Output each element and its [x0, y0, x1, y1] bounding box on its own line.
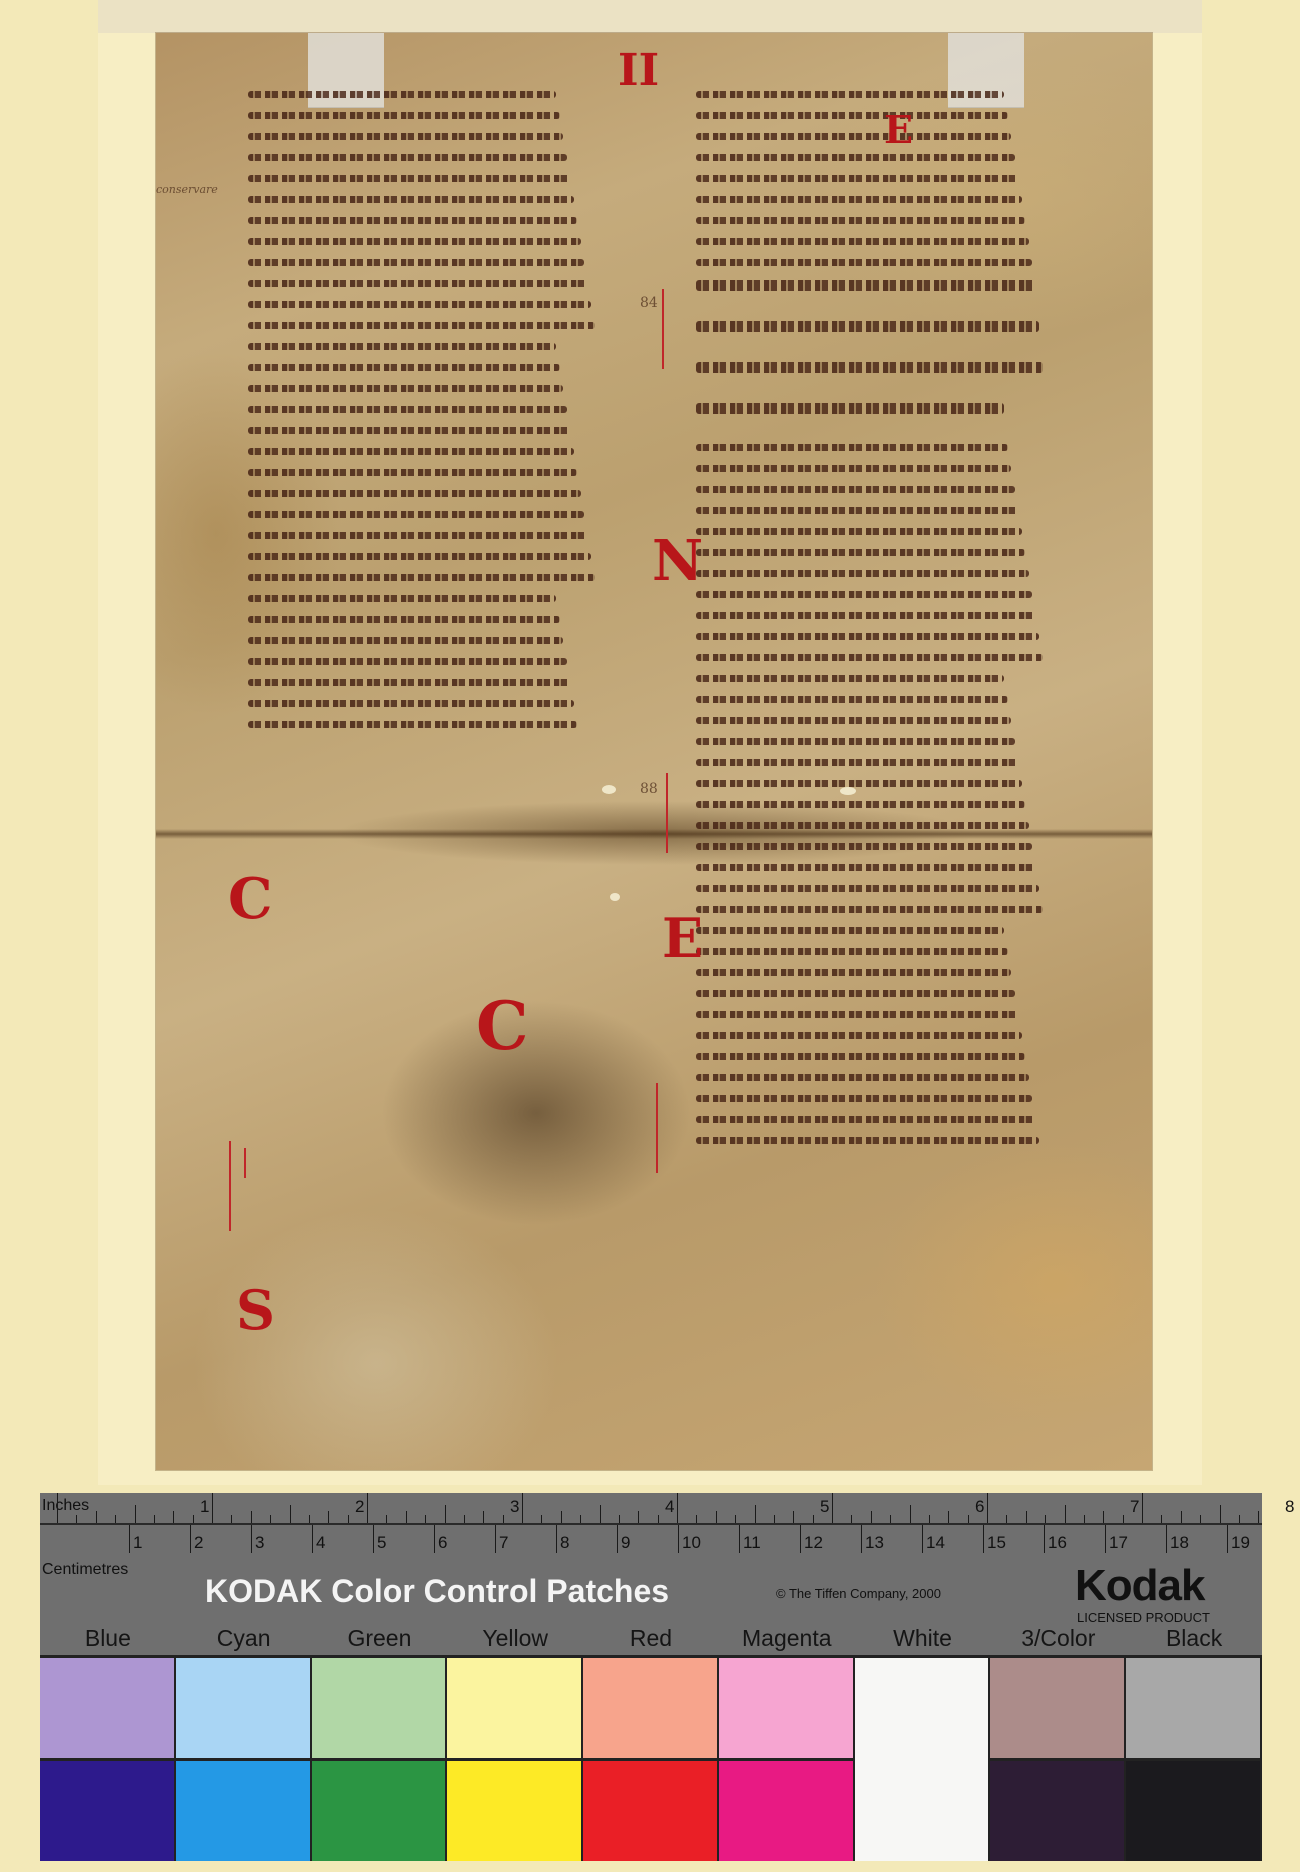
script-line: [696, 885, 1039, 892]
script-line: [696, 906, 1043, 913]
ruler-tick: [871, 1511, 872, 1523]
text-column-right: [696, 91, 1046, 1158]
inch-mark: 8: [1285, 1497, 1294, 1517]
ruler-tick: [522, 1493, 523, 1523]
ruler-tick: [367, 1493, 368, 1523]
kodak-logo: Kodak: [1075, 1561, 1204, 1611]
ruler-tick: [861, 1525, 862, 1553]
cm-mark: 11: [743, 1533, 761, 1553]
script-line: [248, 532, 588, 539]
script-line: [248, 133, 563, 140]
ruler-tick: [658, 1515, 659, 1523]
ruler-tick: [135, 1505, 136, 1523]
kodak-color-chart: Inches 12345678 123456789101112131415161…: [40, 1493, 1262, 1858]
patch-label-green: Green: [312, 1625, 448, 1652]
ruler-tick: [309, 1515, 310, 1523]
script-line: [696, 612, 1036, 619]
copyright-text: © The Tiffen Company, 2000: [776, 1586, 941, 1601]
script-line: [248, 616, 560, 623]
script-line: [248, 343, 556, 350]
licensed-product-text: LICENSED PRODUCT: [1077, 1610, 1210, 1625]
ruler-tick: [948, 1511, 949, 1523]
script-line: [248, 700, 574, 707]
ruler-tick: [328, 1511, 329, 1523]
patch-light-blue: [40, 1658, 176, 1761]
manuscript-leaf: II conservare C C S E N E 84 88: [156, 33, 1152, 1470]
script-line: [696, 1137, 1039, 1144]
ruler-tick: [678, 1525, 679, 1553]
ruler-tick: [638, 1511, 639, 1523]
script-line: [696, 990, 1015, 997]
cm-mark: 12: [804, 1533, 823, 1553]
patch-label-3-color: 3/Color: [990, 1625, 1126, 1652]
ruler-tick: [793, 1511, 794, 1523]
ruler-tick: [968, 1515, 969, 1523]
cm-mark: 13: [865, 1533, 884, 1553]
ruler-tick: [1220, 1505, 1221, 1523]
ruler-tick: [76, 1515, 77, 1523]
ruler-tick: [96, 1511, 97, 1523]
script-line: [248, 322, 595, 329]
ruler-tick: [154, 1515, 155, 1523]
script-line: [696, 1074, 1029, 1081]
ruler-tick: [495, 1525, 496, 1553]
centimetres-label: Centimetres: [42, 1561, 128, 1579]
script-line: [696, 321, 1039, 332]
script-line: [696, 238, 1029, 245]
ruler-tick: [270, 1515, 271, 1523]
ruler-tick: [173, 1511, 174, 1523]
script-line: [248, 238, 581, 245]
ruler-tick: [445, 1505, 446, 1523]
rubric-initial: C: [228, 871, 273, 927]
script-line: [696, 633, 1039, 640]
rubric-initial: N: [652, 533, 703, 589]
script-line: [696, 196, 1022, 203]
ruler-tick: [556, 1525, 557, 1553]
ruler-tick: [600, 1505, 601, 1523]
paragraph-mark: [229, 1141, 231, 1231]
cm-mark: 6: [438, 1533, 447, 1553]
patch-label-magenta: Magenta: [719, 1625, 855, 1652]
script-line: [696, 154, 1015, 161]
script-line: [248, 658, 567, 665]
patch-label-black: Black: [1126, 1625, 1262, 1652]
script-line: [696, 507, 1018, 514]
script-line: [696, 259, 1032, 266]
centimetre-ruler: 12345678910111213141516171819: [40, 1525, 1262, 1557]
script-line: [696, 465, 1011, 472]
ruler-tick: [1105, 1525, 1106, 1553]
patch-light-yellow: [447, 1658, 583, 1761]
cm-mark: 18: [1170, 1533, 1189, 1553]
mounting-board-top-strip: [98, 0, 1202, 33]
script-line: [696, 717, 1011, 724]
ruler-tick: [1045, 1515, 1046, 1523]
script-line: [248, 280, 588, 287]
patch-dark-blue: [40, 1761, 176, 1861]
ruler-tick: [739, 1525, 740, 1553]
ruler-tick: [755, 1505, 756, 1523]
script-line: [248, 427, 570, 434]
margin-note-left: conservare: [156, 183, 218, 196]
script-line: [696, 843, 1032, 850]
ruler-tick: [716, 1511, 717, 1523]
cm-mark: 17: [1109, 1533, 1128, 1553]
ruler-tick: [290, 1505, 291, 1523]
ruler-tick: [312, 1525, 313, 1553]
inch-mark: 1: [200, 1497, 209, 1517]
paragraph-mark: [244, 1148, 246, 1178]
ruler-tick: [129, 1525, 130, 1553]
script-line: [696, 696, 1008, 703]
ruler-tick: [813, 1515, 814, 1523]
script-line: [248, 595, 556, 602]
script-line: [248, 259, 584, 266]
script-line: [696, 1011, 1018, 1018]
cm-mark: 2: [194, 1533, 203, 1553]
ruler-tick: [348, 1515, 349, 1523]
script-line: [248, 406, 567, 413]
script-line: [248, 553, 591, 560]
chart-title: KODAK Color Control Patches: [205, 1573, 669, 1610]
script-line: [696, 112, 1008, 119]
ruler-tick: [57, 1493, 58, 1523]
ruler-tick: [1200, 1515, 1201, 1523]
ruler-tick: [1181, 1511, 1182, 1523]
ruler-tick: [800, 1525, 801, 1553]
ruler-tick: [1026, 1511, 1027, 1523]
ruler-tick: [212, 1493, 213, 1523]
rubric-initial: C: [476, 993, 529, 1059]
ruler-tick: [983, 1525, 984, 1553]
ruler-tick: [1006, 1515, 1007, 1523]
ruler-tick: [1044, 1525, 1045, 1553]
cm-mark: 14: [926, 1533, 945, 1553]
script-line: [696, 759, 1018, 766]
inches-label: Inches: [42, 1497, 89, 1515]
patch-light-white: [855, 1658, 991, 1861]
script-line: [248, 301, 591, 308]
patch-light-cyan: [176, 1658, 312, 1761]
folio-mark: II: [618, 45, 659, 96]
ruler-tick: [251, 1511, 252, 1523]
patch-dark-yellow: [447, 1761, 583, 1861]
ruler-tick: [774, 1515, 775, 1523]
paragraph-mark: [666, 773, 668, 853]
script-line: [696, 801, 1025, 808]
script-line: [248, 385, 563, 392]
script-line: [696, 528, 1022, 535]
parchment-hole: [602, 785, 616, 794]
ruler-tick: [987, 1493, 988, 1523]
ruler-tick: [922, 1525, 923, 1553]
ruler-tick: [929, 1515, 930, 1523]
script-line: [696, 591, 1032, 598]
script-line: [248, 469, 577, 476]
ruler-tick: [735, 1515, 736, 1523]
script-line: [248, 511, 584, 518]
ruler-tick: [1227, 1525, 1228, 1553]
patch-light-black: [1126, 1658, 1262, 1761]
ruler-tick: [832, 1493, 833, 1523]
script-line: [248, 679, 570, 686]
ruler-tick: [1084, 1515, 1085, 1523]
ruler-tick: [406, 1511, 407, 1523]
ruler-tick: [1103, 1511, 1104, 1523]
script-line: [696, 969, 1011, 976]
script-line: [248, 217, 577, 224]
patch-label-blue: Blue: [40, 1625, 176, 1652]
ruler-tick: [1065, 1505, 1066, 1523]
script-line: [696, 675, 1004, 682]
patch-dark-black: [1126, 1761, 1262, 1861]
script-line: [248, 175, 570, 182]
ruler-tick: [1166, 1525, 1167, 1553]
script-line: [248, 91, 556, 98]
script-line: [248, 364, 560, 371]
ruler-tick: [677, 1493, 678, 1523]
ruler-tick: [503, 1515, 504, 1523]
rubric-initial: S: [236, 1283, 275, 1337]
ruler-tick: [1123, 1515, 1124, 1523]
script-line: [248, 490, 581, 497]
ruler-tick: [434, 1525, 435, 1553]
patch-label-cyan: Cyan: [176, 1625, 312, 1652]
script-line: [696, 486, 1015, 493]
ruler-tick: [193, 1515, 194, 1523]
ruler-tick: [231, 1515, 232, 1523]
cm-mark: 5: [377, 1533, 386, 1553]
text-column-left: [248, 91, 598, 742]
patch-dark-magenta: [719, 1761, 855, 1861]
ruler-tick: [580, 1515, 581, 1523]
patch-light-green: [312, 1658, 448, 1761]
script-line: [696, 570, 1029, 577]
ruler-tick: [425, 1515, 426, 1523]
script-line: [696, 780, 1022, 787]
script-line: [696, 822, 1029, 829]
cm-mark: 15: [987, 1533, 1006, 1553]
inch-ruler: Inches 12345678: [40, 1493, 1262, 1525]
patch-label-white: White: [855, 1625, 991, 1652]
color-patches: [40, 1655, 1262, 1861]
ruler-tick: [910, 1505, 911, 1523]
rubric-initial: E: [884, 111, 913, 149]
ruler-tick: [386, 1515, 387, 1523]
script-line: [248, 112, 560, 119]
script-line: [248, 721, 577, 728]
ruler-tick: [373, 1525, 374, 1553]
cm-mark: 1: [133, 1533, 142, 1553]
cm-mark: 8: [560, 1533, 569, 1553]
ruler-tick: [190, 1525, 191, 1553]
script-line: [696, 175, 1018, 182]
script-line: [696, 948, 1008, 955]
script-line: [696, 444, 1008, 451]
ruler-tick: [1161, 1515, 1162, 1523]
script-line: [696, 91, 1004, 98]
patch-dark-green: [312, 1761, 448, 1861]
script-line: [696, 927, 1004, 934]
ruler-tick: [890, 1515, 891, 1523]
patch-dark-3-color: [990, 1761, 1126, 1861]
cm-mark: 10: [682, 1533, 701, 1553]
cm-mark: 16: [1048, 1533, 1067, 1553]
ruler-tick: [561, 1511, 562, 1523]
cm-mark: 3: [255, 1533, 264, 1553]
ruler-tick: [251, 1525, 252, 1553]
ruler-tick: [115, 1515, 116, 1523]
ruler-tick: [619, 1515, 620, 1523]
patch-light-magenta: [719, 1658, 855, 1761]
script-line: [696, 738, 1015, 745]
inch-mark: 5: [820, 1497, 829, 1517]
script-line: [696, 133, 1011, 140]
patch-dark-cyan: [176, 1761, 312, 1861]
cm-mark: 4: [316, 1533, 325, 1553]
script-line: [696, 1053, 1025, 1060]
ruler-tick: [851, 1515, 852, 1523]
script-line: [248, 196, 574, 203]
paragraph-mark: [662, 289, 664, 369]
ruler-tick: [1258, 1511, 1259, 1523]
cm-mark: 9: [621, 1533, 630, 1553]
patch-labels: BlueCyanGreenYellowRedMagentaWhite3/Colo…: [40, 1625, 1262, 1655]
script-line: [248, 448, 574, 455]
ruler-tick: [541, 1515, 542, 1523]
script-line: [696, 362, 1043, 373]
patch-light-3-color: [990, 1658, 1126, 1761]
inch-mark: 6: [975, 1497, 984, 1517]
patch-light-red: [583, 1658, 719, 1761]
ruler-tick: [483, 1511, 484, 1523]
script-line: [248, 574, 595, 581]
script-line: [696, 1116, 1036, 1123]
ruler-tick: [1239, 1515, 1240, 1523]
script-line: [696, 403, 1004, 414]
inch-mark: 7: [1130, 1497, 1139, 1517]
cm-mark: 7: [499, 1533, 508, 1553]
patch-label-yellow: Yellow: [447, 1625, 583, 1652]
script-line: [696, 1095, 1032, 1102]
script-line: [696, 654, 1043, 661]
ruler-tick: [617, 1525, 618, 1553]
script-line: [248, 637, 563, 644]
script-line: [696, 549, 1025, 556]
inch-mark: 4: [665, 1497, 674, 1517]
ruler-tick: [1142, 1493, 1143, 1523]
marginal-number: 88: [640, 781, 658, 797]
inch-mark: 2: [355, 1497, 364, 1517]
patch-dark-red: [583, 1761, 719, 1861]
ruler-tick: [696, 1515, 697, 1523]
rubric-initial: E: [662, 911, 703, 965]
script-line: [696, 217, 1025, 224]
cm-mark: 19: [1231, 1533, 1250, 1553]
script-line: [696, 864, 1036, 871]
script-line: [248, 154, 567, 161]
marginal-number: 84: [640, 295, 658, 311]
script-line: [696, 280, 1036, 291]
parchment-hole: [610, 893, 620, 901]
ruler-tick: [464, 1515, 465, 1523]
script-line: [696, 1032, 1022, 1039]
inch-mark: 3: [510, 1497, 519, 1517]
patch-label-red: Red: [583, 1625, 719, 1652]
paragraph-mark: [656, 1083, 658, 1173]
